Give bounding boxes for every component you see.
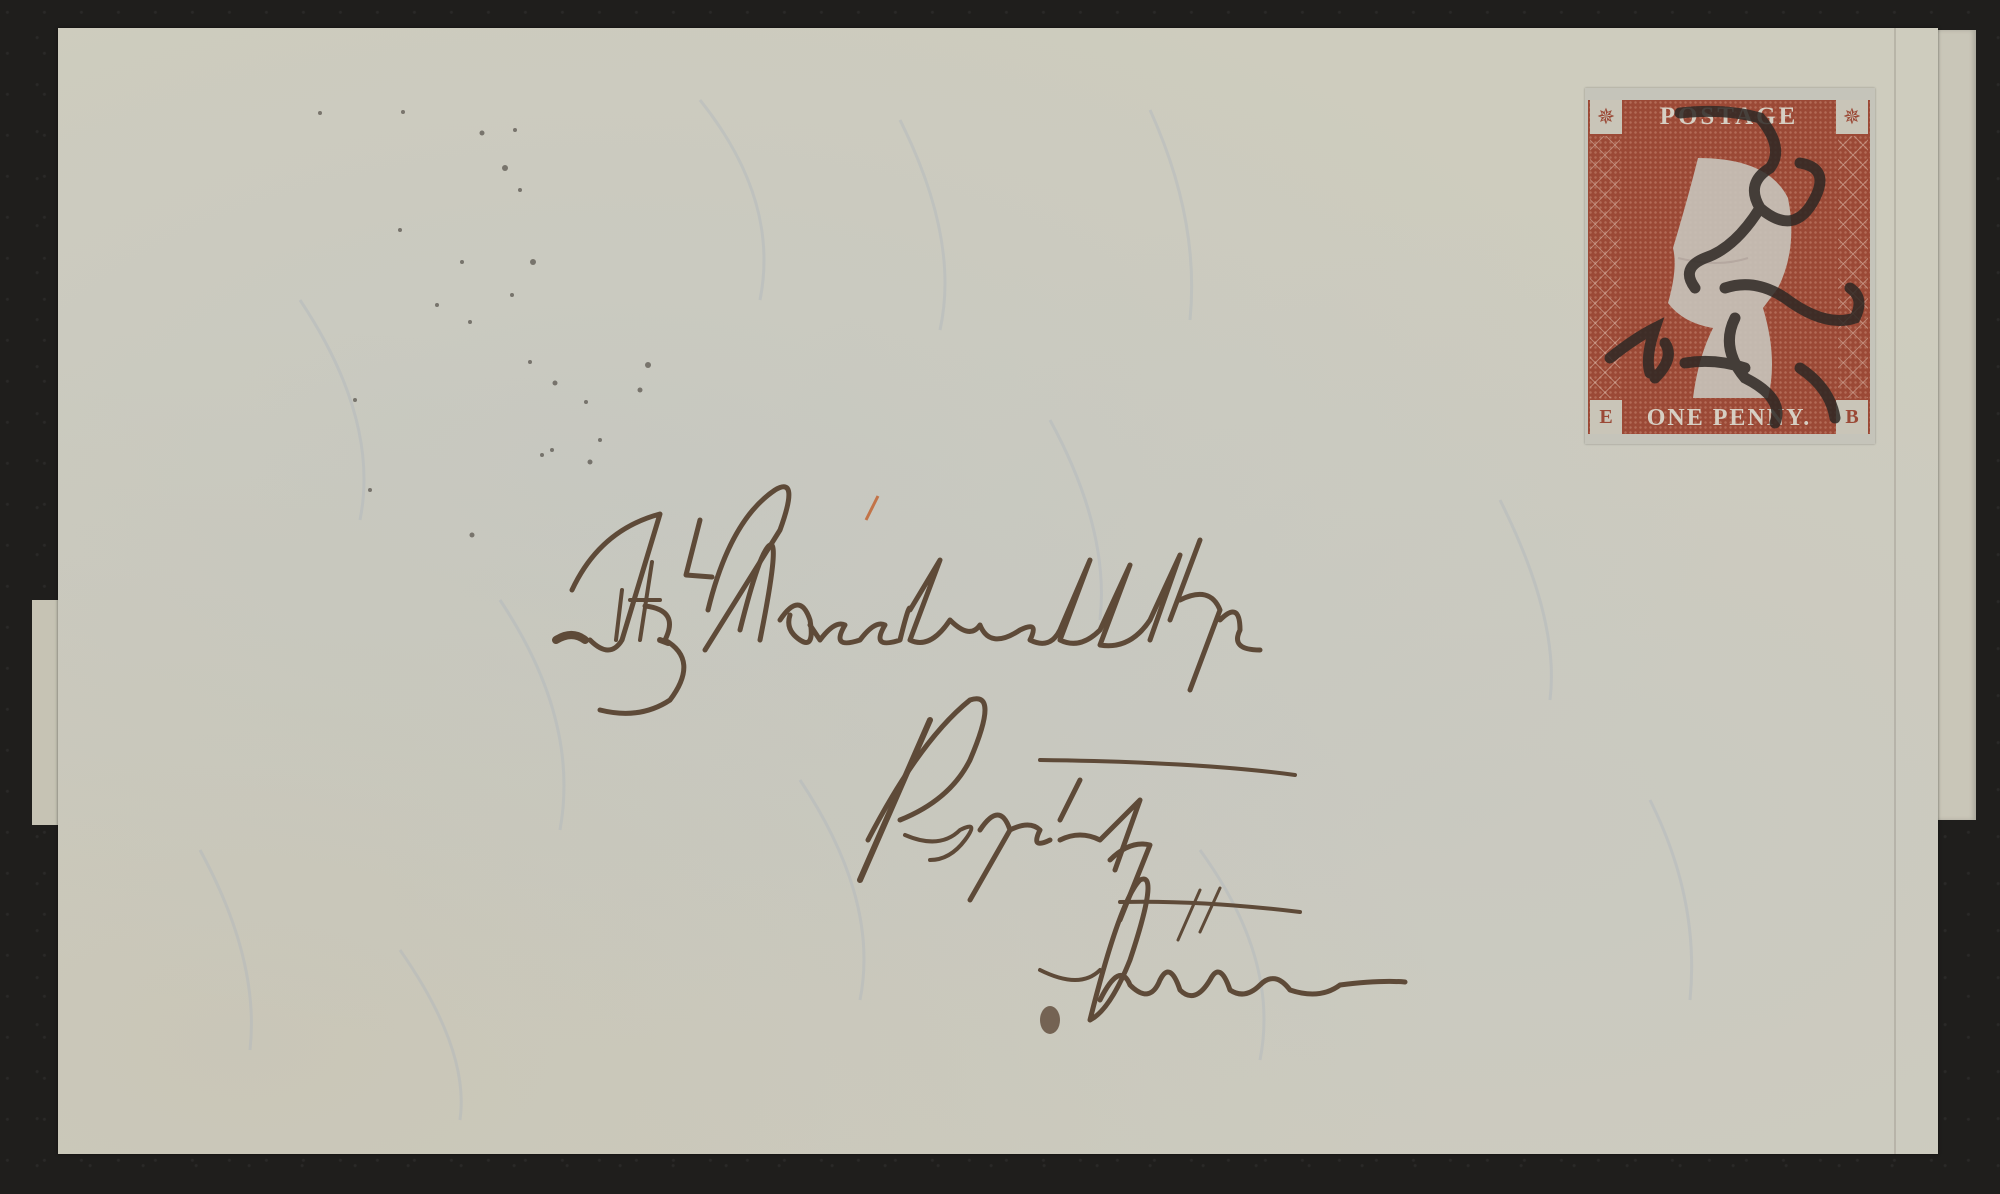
faint-postmark [318, 110, 651, 538]
maltese-cross-cancel [1585, 88, 1875, 444]
address-handwriting [556, 487, 1405, 1034]
rust-fleck [866, 496, 878, 520]
show-through-writing [200, 100, 1692, 1120]
penny-red-stamp: ✵ ✵ POSTAGE E B ONE PENNY. [1585, 88, 1875, 444]
